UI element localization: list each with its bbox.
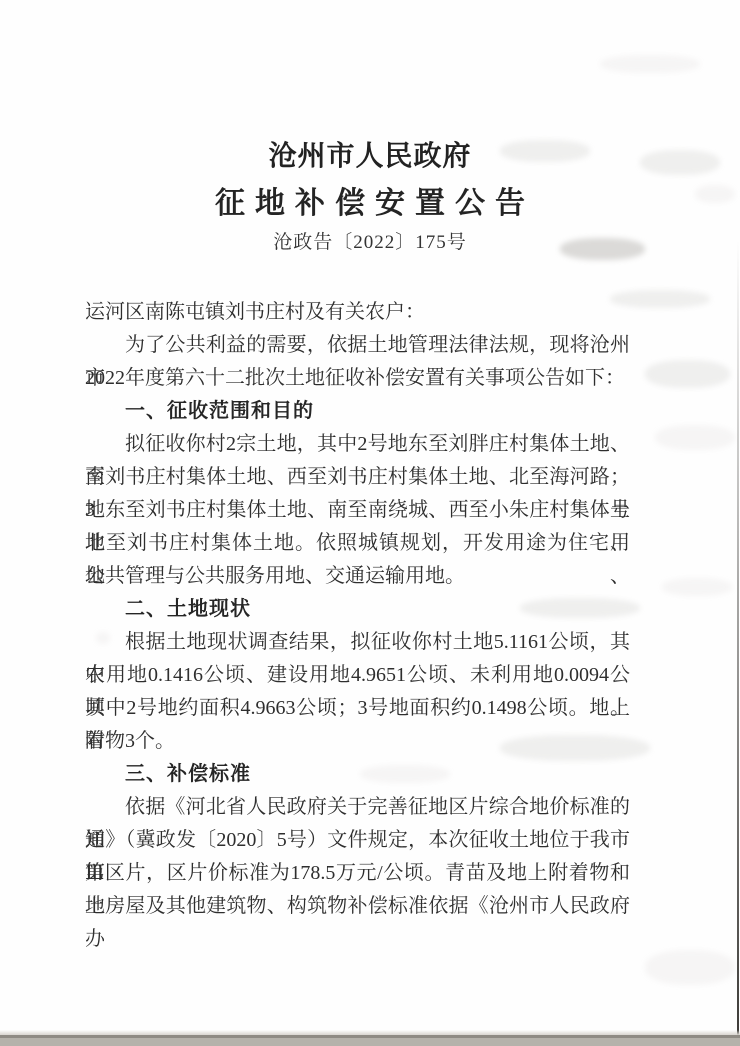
section-3-heading: 三、补偿标准 [85, 758, 630, 791]
salutation-line: 运河区南陈屯镇刘书庄村及有关农户： [85, 296, 630, 329]
bleed-through-artifact [645, 950, 735, 985]
body-line: 依据《河北省人民政府关于完善征地区片综合地价标准的通 [85, 791, 630, 824]
bleed-through-artifact [662, 578, 732, 596]
body-line: 上房屋及其他建筑物、构筑物补偿标准依据《沧州市人民政府办 [85, 890, 630, 923]
document-body: 运河区南陈屯镇刘书庄村及有关农户： 为了公共利益的需要，依据土地管理法律法规，现… [85, 296, 630, 923]
section-1-heading: 一、征收范围和目的 [85, 395, 630, 428]
body-line: 2022年度第六十二批次土地征收补偿安置有关事项公告如下： [85, 362, 630, 395]
body-line: 北至刘书庄村集体土地。依照城镇规划，开发用途为住宅用地、 [85, 527, 630, 560]
body-line: 知》（冀政发〔2020〕5号）文件规定，本次征收土地位于我市第 [85, 824, 630, 857]
scan-right-edge [737, 240, 739, 1036]
bleed-through-artifact [645, 360, 730, 388]
scan-bottom-strip [0, 1038, 740, 1046]
section-2-heading: 二、土地现状 [85, 593, 630, 626]
document-subtitle: 征地补偿安置公告 [0, 184, 740, 224]
body-line: 地东至刘书庄村集体土地、南至南绕城、西至小朱庄村集体土地、 [85, 494, 630, 527]
document-number: 沧政告〔2022〕175号 [0, 230, 740, 256]
body-line: 着物3个。 [85, 725, 630, 758]
body-line: 农用地0.1416公顷、建设用地4.9651公顷、未利用地0.0094公顷。 [85, 659, 630, 692]
bleed-through-artifact [655, 425, 735, 450]
body-line: Ⅲ区片，区片价标准为178.5万元/公顷。青苗及地上附着物和地 [85, 857, 630, 890]
bleed-through-artifact [600, 55, 700, 73]
body-line: 拟征收你村2宗土地，其中2号地东至刘胖庄村集体土地、南 [85, 428, 630, 461]
body-line: 其中2号地约面积4.9663公顷；3号地面积约0.1498公顷。地上附 [85, 692, 630, 725]
body-line: 根据土地现状调查结果，拟征收你村土地5.1161公顷，其中 [85, 626, 630, 659]
document-title: 沧州市人民政府 [0, 139, 740, 175]
scanned-document-page: 沧州市人民政府 征地补偿安置公告 沧政告〔2022〕175号 运河区南陈屯镇刘书… [0, 0, 740, 1046]
body-line: 为了公共利益的需要，依据土地管理法律法规，现将沧州市 [85, 329, 630, 362]
body-line: 至刘书庄村集体土地、西至刘书庄村集体土地、北至海河路；3号 [85, 461, 630, 494]
